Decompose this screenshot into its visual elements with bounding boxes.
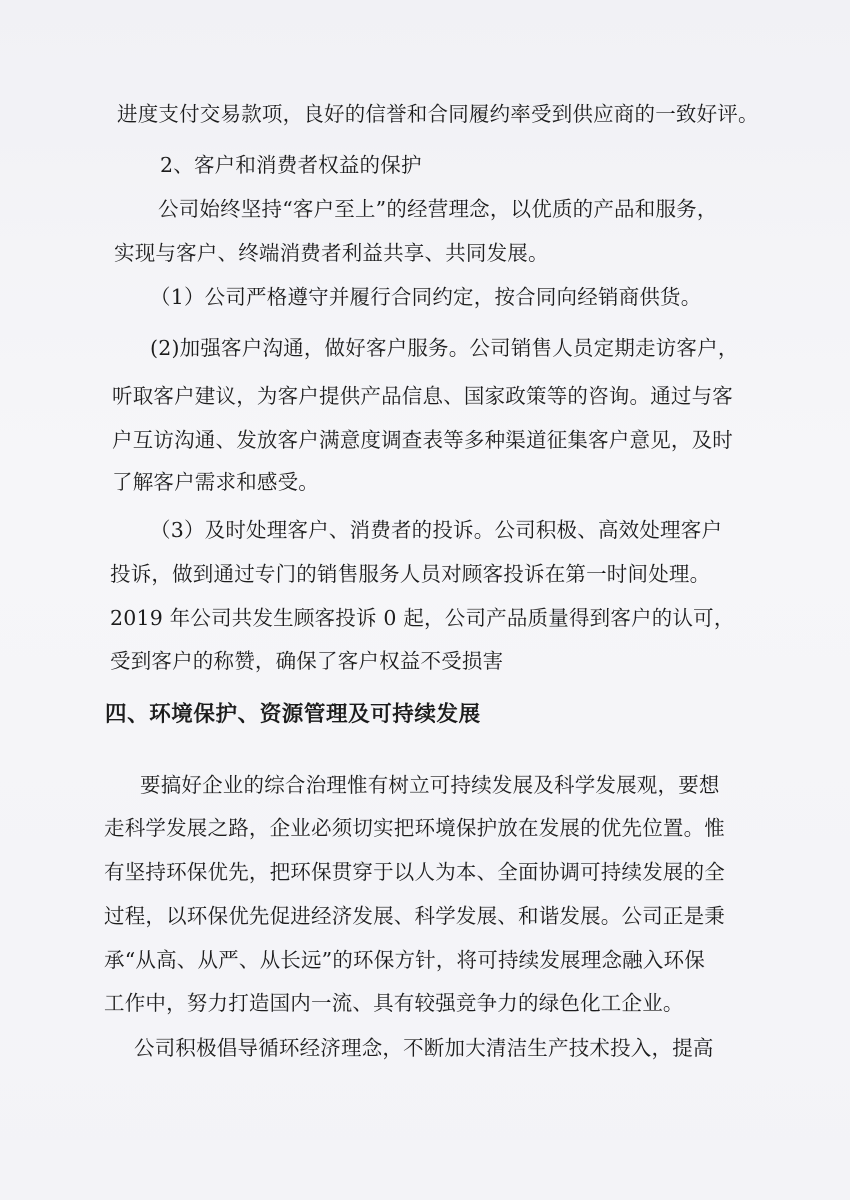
text-line: 公司积极倡导循环经济理念，不断加大清洁生产技术投入，提高 — [134, 1035, 714, 1061]
list-item-3: （3）及时处理客户、消费者的投诉。公司积极、高效处理客户 — [150, 517, 722, 543]
text-line: 了解客户需求和感受。 — [112, 469, 319, 495]
text-line: 有坚持环保优先，把环保贯穿于以人为本、全面协调可持续发展的全 — [104, 859, 725, 885]
text-line: 公司始终坚持“客户至上”的经营理念，以优质的产品和服务， — [158, 196, 718, 222]
text-line: 过程，以环保优先促进经济发展、科学发展、和谐发展。公司正是秉 — [104, 903, 725, 929]
text-line: 听取客户建议，为客户提供产品信息、国家政策等的咨询。通过与客 — [112, 383, 733, 409]
text-line: 承“从高、从严、从长远”的环保方针，将可持续发展理念融入环保 — [104, 947, 705, 973]
document-page: 进度支付交易款项，良好的信誉和合同履约率受到供应商的一致好评。 2、客户和消费者… — [0, 0, 850, 1200]
text-line: 投诉，做到通过专门的销售服务人员对顾客投诉在第一时间处理。 — [110, 561, 710, 587]
text-line: 走科学发展之路，企业必须切实把环境保护放在发展的优先位置。惟 — [104, 815, 725, 841]
text-line: 工作中，努力打造国内一流、具有较强竞争力的绿色化工企业。 — [104, 990, 684, 1016]
list-item-2: (2)加强客户沟通，做好客户服务。公司销售人员定期走访客户， — [150, 335, 739, 361]
text-line: 实现与客户、终端消费者利益共享、共同发展。 — [114, 240, 549, 266]
section-heading: 四、环境保护、资源管理及可持续发展 — [105, 701, 481, 729]
text-line: 2019 年公司共发生顾客投诉 0 起，公司产品质量得到客户的认可， — [110, 605, 735, 631]
subsection-title: 2、客户和消费者权益的保护 — [160, 152, 422, 178]
text-line: 进度支付交易款项，良好的信誉和合同履约率受到供应商的一致好评。 — [117, 101, 759, 127]
text-line: 户互访沟通、发放客户满意度调查表等多种渠道征集客户意见，及时 — [112, 427, 733, 453]
list-item-1: （1）公司严格遵守并履行合同约定，按合同向经销商供货。 — [150, 284, 701, 310]
text-line: 受到客户的称赞，确保了客户权益不受损害 — [110, 648, 503, 674]
text-line: 要搞好企业的综合治理惟有树立可持续发展及科学发展观，要想 — [140, 772, 720, 798]
